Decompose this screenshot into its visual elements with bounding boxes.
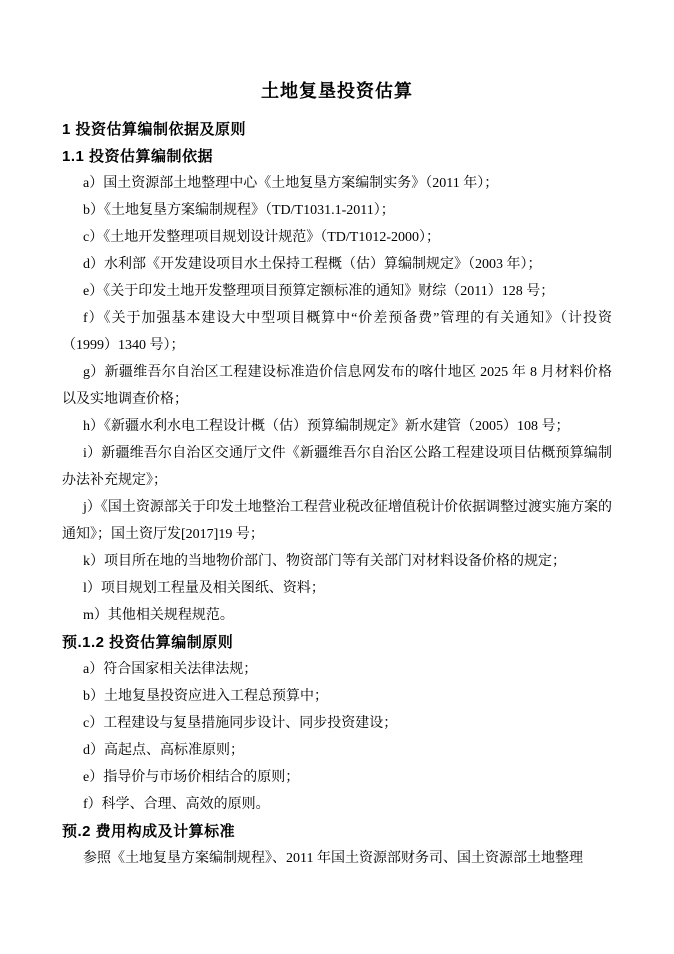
- section-heading-principles: 预.1.2 投资估算编制原则: [62, 629, 612, 656]
- body-paragraph: 参照《土地复垦方案编制规程》、2011 年国土资源部财务司、国土资源部土地整理: [62, 845, 612, 872]
- list-item-c: c）《土地开发整理项目规划设计规范》（TD/T1012-2000）；: [62, 224, 612, 251]
- list-item-k: k）项目所在地的当地物价部门、物资部门等有关部门对材料设备价格的规定；: [62, 548, 612, 575]
- list-item-i: i）新疆维吾尔自治区交通厅文件《新疆维吾尔自治区公路工程建设项目估概预算编制办法…: [62, 440, 612, 494]
- chapter-heading: 1 投资估算编制依据及原则: [62, 116, 612, 143]
- list-item-d: d）水利部《开发建设项目水土保持工程概（估）算编制规定》（2003 年）；: [62, 251, 612, 278]
- list-item-f: f）科学、合理、高效的原则。: [62, 791, 612, 818]
- document-content: 土地复垦投资估算 1 投资估算编制依据及原则 1.1 投资估算编制依据 a）国土…: [0, 0, 674, 872]
- list-item-m: m）其他相关规程规范。: [62, 602, 612, 629]
- list-item-l: l）项目规划工程量及相关图纸、资料；: [62, 575, 612, 602]
- list-item-b: b）土地复垦投资应进入工程总预算中；: [62, 683, 612, 710]
- document-page: 土地复垦投资估算 1 投资估算编制依据及原则 1.1 投资估算编制依据 a）国土…: [0, 0, 674, 954]
- list-item-h: h）《新疆水利水电工程设计概（估）预算编制规定》新水建管（2005）108 号；: [62, 413, 612, 440]
- document-title: 土地复垦投资估算: [62, 76, 612, 106]
- list-item-a: a）国土资源部土地整理中心《土地复垦方案编制实务》（2011 年）；: [62, 170, 612, 197]
- list-item-j: j）《国土资源部关于印发土地整治工程营业税改征增值税计价依据调整过渡实施方案的通…: [62, 494, 612, 548]
- list-item-e: e）指导价与市场价相结合的原则；: [62, 764, 612, 791]
- list-item-e: e）《关于印发土地开发整理项目预算定额标准的通知》财综（2011）128 号；: [62, 278, 612, 305]
- section-heading-basis: 1.1 投资估算编制依据: [62, 143, 612, 170]
- list-item-a: a）符合国家相关法律法规；: [62, 656, 612, 683]
- list-item-g: g）新疆维吾尔自治区工程建设标准造价信息网发布的喀什地区 2025 年 8 月材…: [62, 359, 612, 413]
- list-item-d: d）高起点、高标准原则；: [62, 737, 612, 764]
- list-item-c: c）工程建设与复垦措施同步设计、同步投资建设；: [62, 710, 612, 737]
- list-item-f: f）《关于加强基本建设大中型项目概算中“价差预备费”管理的有关通知》（计投资（1…: [62, 305, 612, 359]
- section-heading-cost: 预.2 费用构成及计算标准: [62, 818, 612, 845]
- list-item-b: b）《土地复垦方案编制规程》（TD/T1031.1-2011）；: [62, 197, 612, 224]
